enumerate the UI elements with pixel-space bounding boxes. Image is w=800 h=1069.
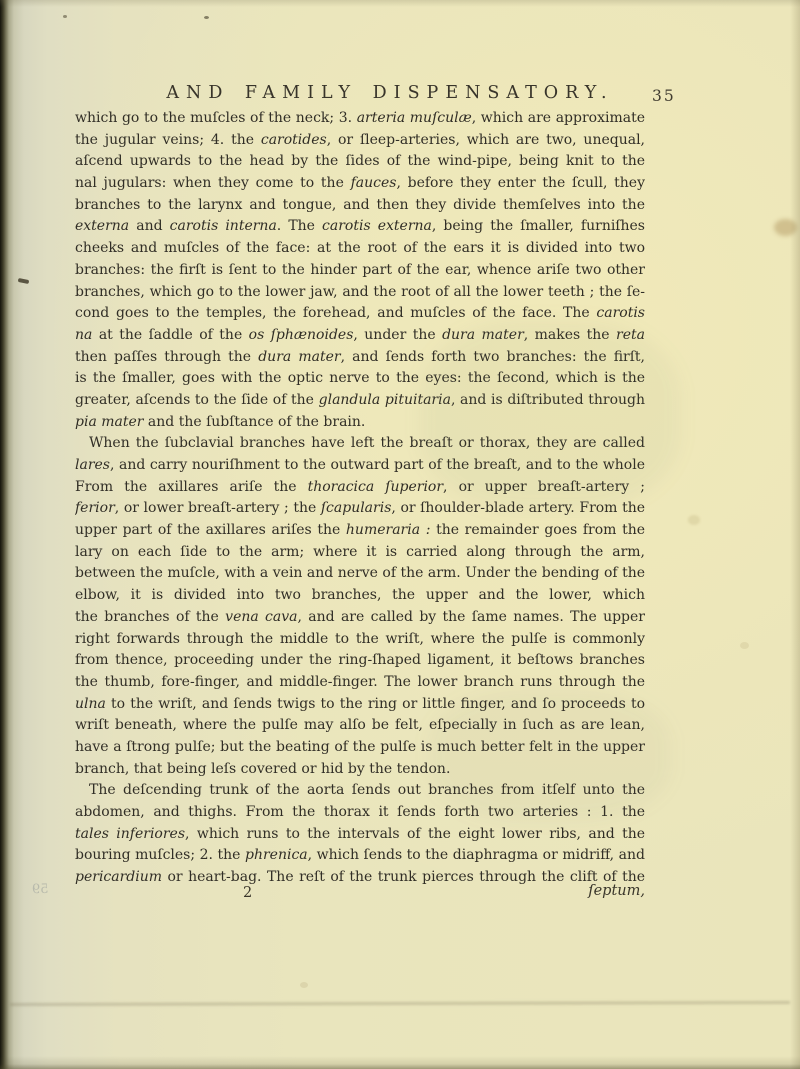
- text-run: cond goes to the temples, the forehead, …: [75, 305, 596, 321]
- italic-text-run: phrenica: [245, 847, 308, 863]
- ink-speck: [204, 16, 209, 19]
- italic-text-run: vena cava: [225, 609, 297, 625]
- book-page: AND FAMILY DISPENSATORY. 35 which go to …: [0, 0, 800, 1069]
- text-line: The deſcending trunk of the aorta ſends …: [75, 780, 645, 802]
- text-line: branches to the larynx and tongue, and t…: [75, 195, 645, 217]
- text-line: lares, and carry nouriſhment to the outw…: [75, 455, 645, 477]
- text-run: branches to the larynx and tongue, and t…: [75, 197, 645, 213]
- text-line: lary on each ſide to the arm; where it i…: [75, 542, 645, 564]
- italic-text-run: thoracica ſuperior: [308, 479, 443, 495]
- text-run: , which ſends to the diaphragma or midri…: [308, 847, 645, 863]
- text-run: cheeks and muſcles of the face: at the r…: [75, 240, 645, 256]
- text-line: upper part of the axillares ariſes the h…: [75, 520, 645, 542]
- text-run: the branches of the: [75, 609, 225, 625]
- text-run: . The: [277, 218, 322, 234]
- text-run: , under the: [353, 327, 442, 343]
- text-line: cheeks and muſcles of the face: at the r…: [75, 238, 645, 260]
- text-line: is the ſmaller, goes with the optic nerv…: [75, 368, 645, 390]
- text-run: between the muſcle, with a vein and nerv…: [75, 565, 645, 581]
- text-line: aſcend upwards to the head by the ſides …: [75, 151, 645, 173]
- text-run: and the ſubſtance of the brain.: [143, 414, 365, 430]
- text-line: greater, aſcends to the ſide of the glan…: [75, 390, 645, 412]
- text-run: or heart-bag. The reſt of the trunk pier…: [162, 869, 645, 885]
- italic-text-run: ulna: [75, 696, 106, 712]
- italic-text-run: ferior: [75, 500, 115, 516]
- text-run: From the axillares ariſe the: [75, 479, 308, 495]
- italic-text-run: carotis externa: [322, 218, 432, 234]
- italic-text-run: arteria muſculæ: [357, 110, 472, 126]
- italic-text-run: externa: [75, 218, 129, 234]
- text-line: cond goes to the temples, the forehead, …: [75, 303, 645, 325]
- foxing-spot: [688, 515, 700, 525]
- foxing-spot: [300, 982, 308, 988]
- text-run: from thence, proceeding under the ring-ſ…: [75, 652, 645, 672]
- italic-text-run: tales inferiores: [75, 826, 185, 842]
- italic-text-run: dura mater: [258, 349, 340, 365]
- foxing-spot: [740, 642, 749, 649]
- text-line: branches, which go to the lower jaw, and…: [75, 282, 645, 304]
- text-run: then paſſes through the: [75, 349, 258, 365]
- text-run: The deſcending trunk of the aorta ſends …: [75, 782, 645, 802]
- text-run: , or lower breaſt-artery ; the: [115, 500, 321, 516]
- text-run: branch, that being leſs covered or hid b…: [75, 761, 450, 777]
- italic-text-run: pia mater: [75, 414, 143, 430]
- text-run: have a ſtrong pulſe; but the beating of …: [75, 739, 645, 755]
- italic-text-run: lares: [75, 457, 110, 473]
- text-line: wriſt beneath, where the pulſe may alſo …: [75, 715, 645, 737]
- text-line: which go to the muſcles of the neck; 3. …: [75, 108, 645, 130]
- foxing-spot: [774, 219, 797, 236]
- paper-crease: [10, 1001, 790, 1006]
- text-run: , and carry nouriſhment to the outward p…: [75, 457, 645, 477]
- text-run: nal jugulars: when they come to the: [75, 175, 351, 191]
- text-line: between the muſcle, with a vein and nerv…: [75, 563, 645, 585]
- text-run: branches: the firſt is ſent to the hinde…: [75, 262, 645, 278]
- text-line: branch, that being leſs covered or hid b…: [75, 759, 645, 781]
- text-run: to the wriſt, and ſends twigs to the rin…: [75, 696, 645, 716]
- text-line: na at the ſaddle of the os ſphænoides, u…: [75, 325, 645, 347]
- text-run: , or ſhoulder-blade artery. From the: [391, 500, 645, 516]
- italic-text-run: fauces: [351, 175, 397, 191]
- text-line: the thumb, fore-finger, and middle-finge…: [75, 672, 645, 694]
- text-line: elbow, it is divided into two branches, …: [75, 585, 645, 607]
- italic-text-run: humeraria :: [346, 522, 431, 538]
- italic-text-run: os ſphænoides: [249, 327, 354, 343]
- text-run: , or upper breaſt-artery ;: [443, 479, 645, 495]
- text-run: bouring muſcles; 2. the: [75, 847, 245, 863]
- text-line: pia mater and the ſubſtance of the brain…: [75, 412, 645, 434]
- running-title: AND FAMILY DISPENSATORY.: [30, 83, 750, 105]
- text-run: greater, aſcends to the ſide of the: [75, 392, 319, 408]
- text-line: pericardium or heart-bag. The reſt of th…: [75, 867, 645, 889]
- text-run: the thumb, fore-finger, and middle-finge…: [75, 674, 645, 690]
- text-run: upper part of the axillares ariſes the: [75, 522, 346, 538]
- text-run: When the ſubclavial branches have left t…: [89, 435, 645, 451]
- text-run: and: [129, 218, 170, 234]
- italic-text-run: na: [75, 327, 92, 343]
- italic-text-run: ſcapularis: [321, 500, 392, 516]
- italic-text-run: pericardium: [75, 869, 162, 885]
- page-body: which go to the muſcles of the neck; 3. …: [75, 108, 645, 889]
- text-line: When the ſubclavial branches have left t…: [75, 433, 645, 455]
- italic-text-run: carotis interna: [170, 218, 277, 234]
- text-line: then paſſes through the dura mater, and …: [75, 347, 645, 369]
- text-run: abdomen, and thighs. From the thorax it …: [75, 804, 645, 820]
- signature-mark: 2: [243, 885, 252, 901]
- text-run: at the ſaddle of the: [92, 327, 248, 343]
- italic-text-run: carotides: [261, 132, 327, 148]
- text-line: nal jugulars: when they come to the fauc…: [75, 173, 645, 195]
- page-number: 35: [652, 87, 676, 105]
- text-run: branches, which go to the lower jaw, and…: [75, 284, 645, 300]
- text-line: bouring muſcles; 2. the phrenica, which …: [75, 845, 645, 867]
- text-line: From the axillares ariſe the thoracica ſ…: [75, 477, 645, 499]
- catchword: ſeptum,: [588, 883, 645, 899]
- text-line: externa and carotis interna. The carotis…: [75, 216, 645, 238]
- text-run: aſcend upwards to the head by the ſides …: [75, 153, 645, 173]
- italic-text-run: glandula pituitaria: [319, 392, 451, 408]
- show-through-page-number: 59: [32, 882, 49, 898]
- text-run: , makes the: [524, 327, 616, 343]
- text-run: right forwards through the middle to the…: [75, 631, 645, 651]
- text-run: which go to the muſcles of the neck; 3.: [75, 110, 357, 126]
- text-run: is the ſmaller, goes with the optic nerv…: [75, 370, 645, 386]
- text-run: elbow, it is divided into two branches, …: [75, 587, 645, 607]
- ink-speck: [63, 15, 67, 18]
- text-line: the branches of the vena cava, and are c…: [75, 607, 645, 629]
- text-run: wriſt beneath, where the pulſe may alſo …: [75, 717, 645, 737]
- text-line: abdomen, and thighs. From the thorax it …: [75, 802, 645, 824]
- italic-text-run: dura mater: [442, 327, 524, 343]
- text-line: have a ſtrong pulſe; but the beating of …: [75, 737, 645, 759]
- text-line: right forwards through the middle to the…: [75, 629, 645, 651]
- text-line: ferior, or lower breaſt-artery ; the ſca…: [75, 498, 645, 520]
- text-run: the jugular veins; 4. the: [75, 132, 261, 148]
- text-line: the jugular veins; 4. the carotides, or …: [75, 130, 645, 152]
- text-line: branches: the firſt is ſent to the hinde…: [75, 260, 645, 282]
- text-line: from thence, proceeding under the ring-ſ…: [75, 650, 645, 672]
- ink-speck: [18, 278, 30, 284]
- text-line: tales inferiores, which runs to the inte…: [75, 824, 645, 846]
- text-line: ulna to the wriſt, and ſends twigs to th…: [75, 694, 645, 716]
- text-run: lary on each ſide to the arm; where it i…: [75, 544, 645, 564]
